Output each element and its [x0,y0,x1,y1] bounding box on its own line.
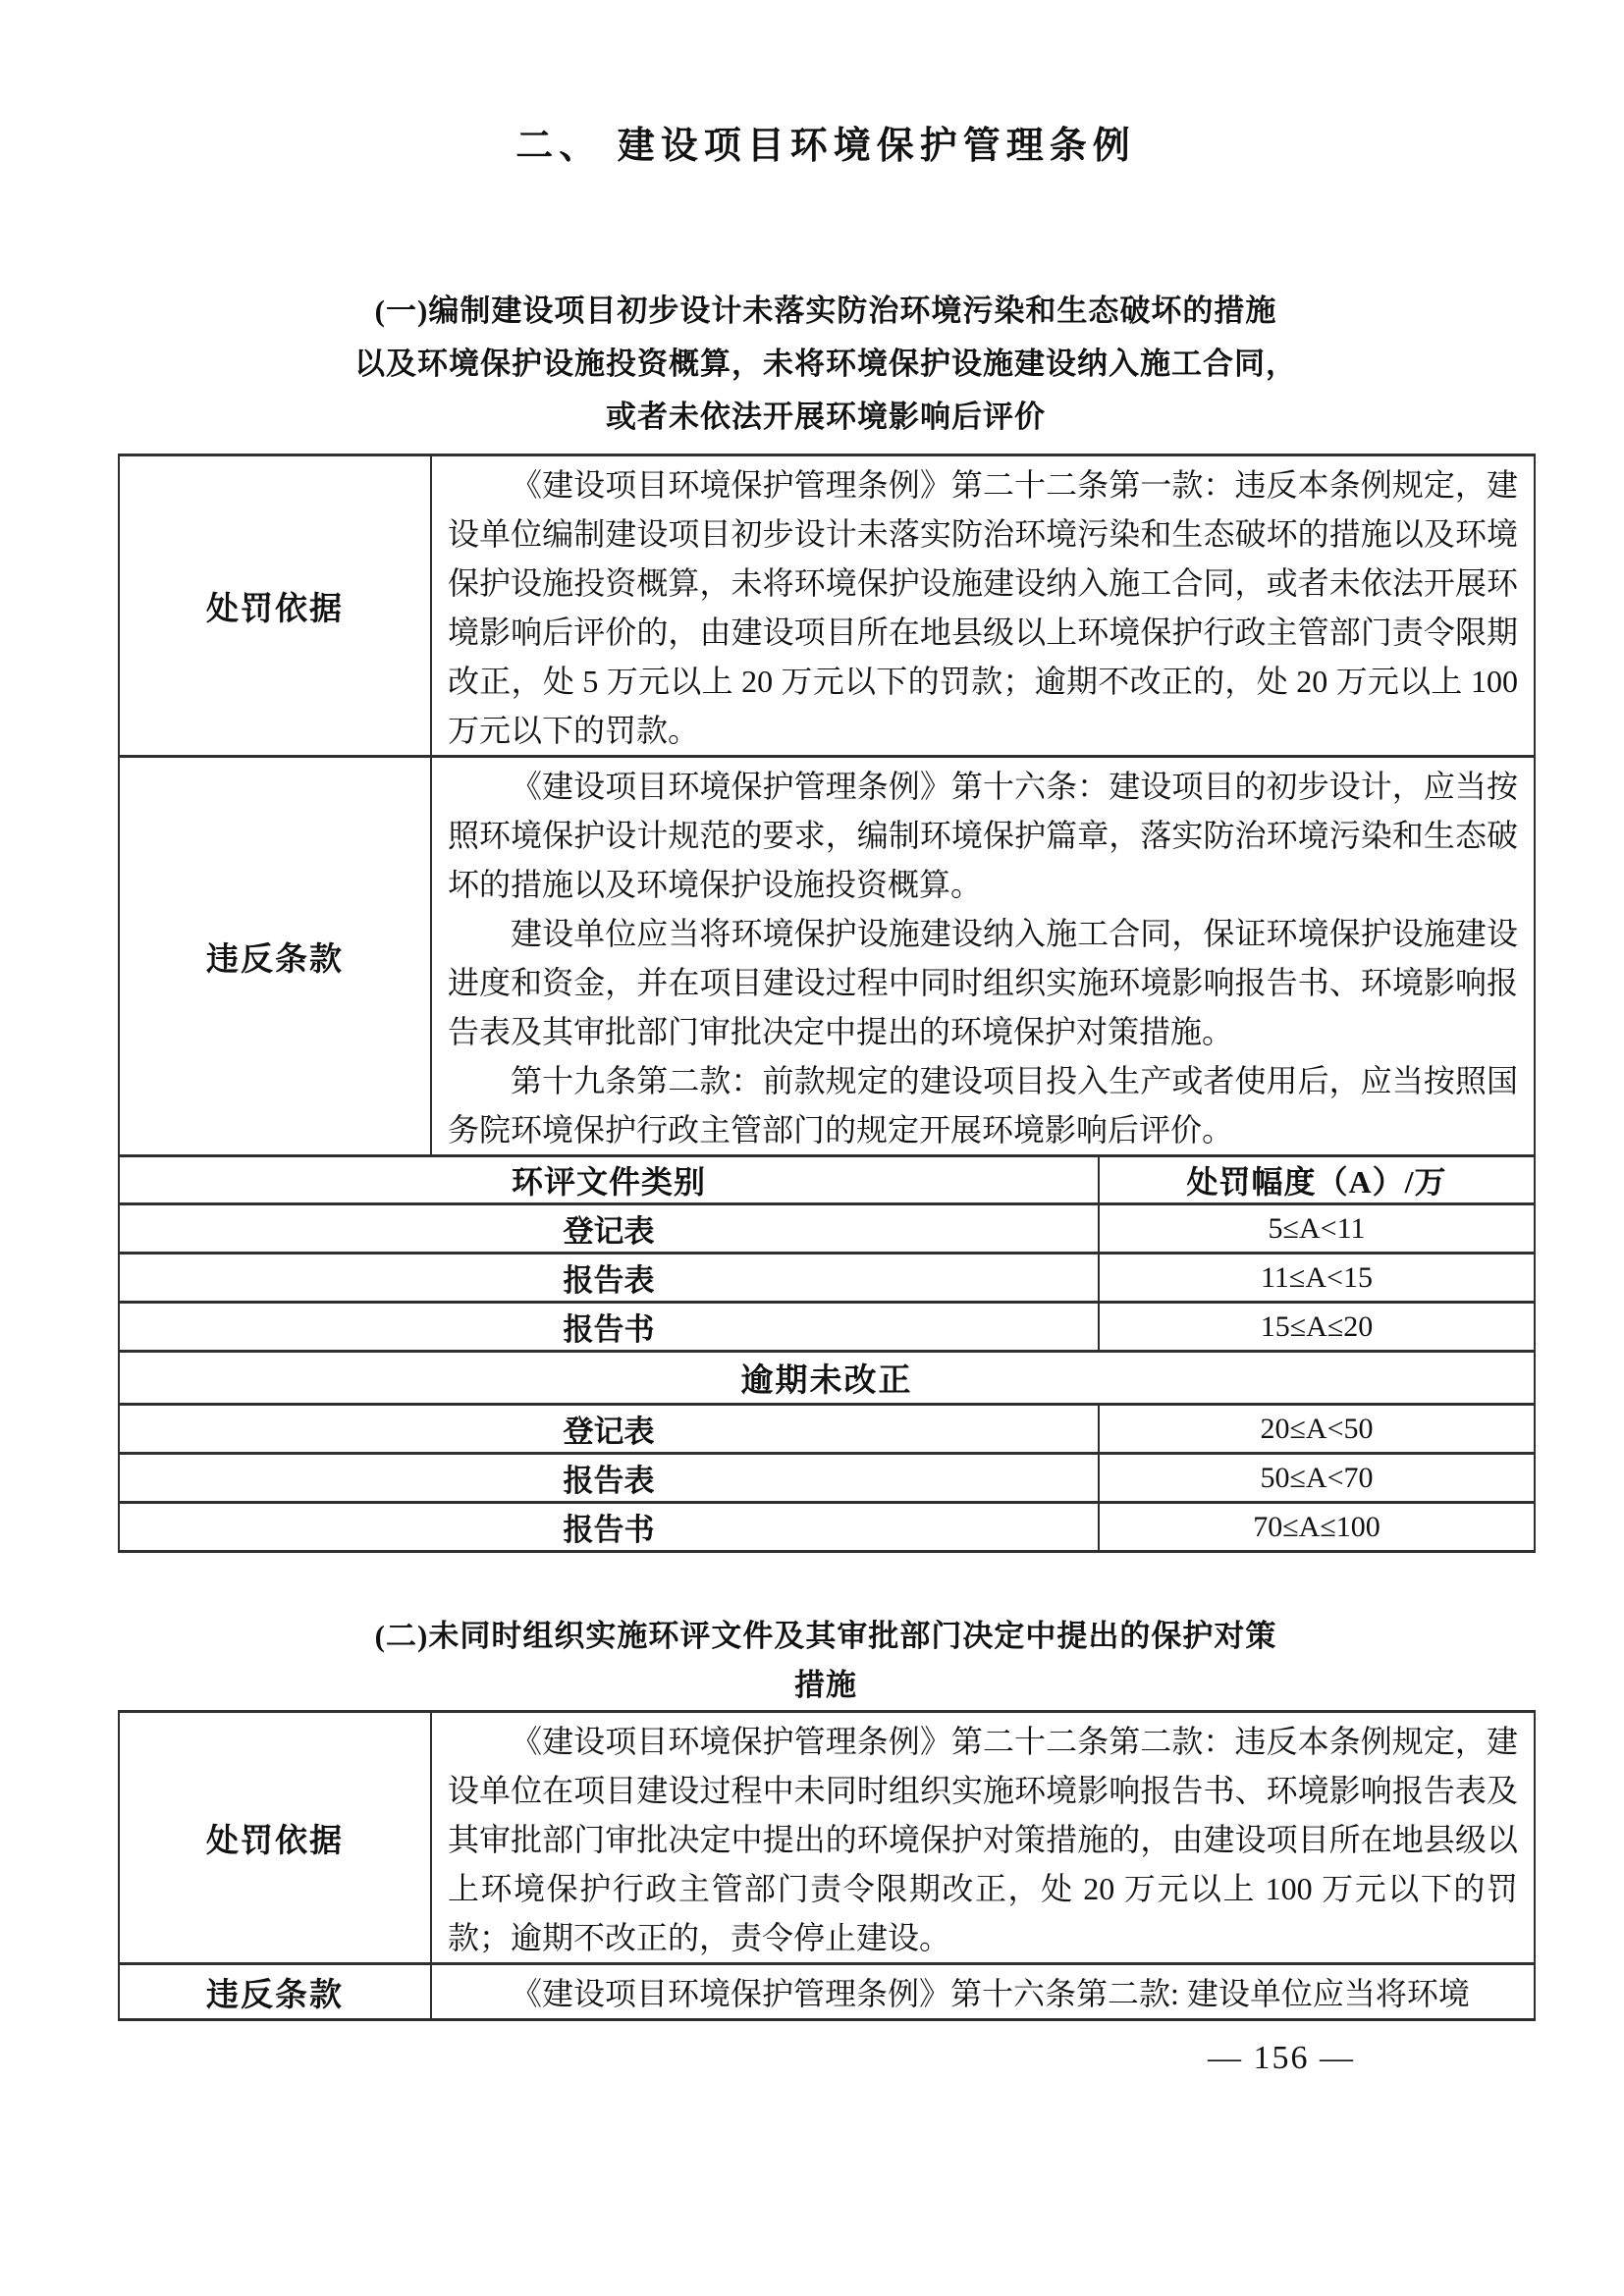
fee-row: 报告表 11≤A<15 [119,1254,1535,1303]
fee-row: 登记表 20≤A<50 [119,1405,1535,1454]
fee-row: 报告表 50≤A<70 [119,1454,1535,1503]
overdue-label: 逾期未改正 [119,1352,1535,1405]
section1-heading-line1: (一)编制建设项目初步设计未落实防治环境污染和生态破坏的措施 [118,285,1534,338]
page-number: — 156 — [1208,2040,1355,2077]
violation-paragraph-1: 《建设项目环境保护管理条例》第十六条第二款: 建设单位应当将环境 [448,1969,1518,2018]
fee-range: 70≤A≤100 [1099,1503,1535,1552]
section2-heading-line2: 措施 [118,1661,1534,1710]
section1-heading-line2: 以及环境保护设施投资概算，未将环境保护设施建设纳入施工合同， [118,338,1534,391]
basis-text-cell: 《建设项目环境保护管理条例》第二十二条第二款：违反本条例规定，建设单位在项目建设… [431,1712,1535,1964]
fee-range: 50≤A<70 [1099,1454,1535,1503]
fee-category: 报告表 [119,1254,1099,1303]
table-row-violation: 违反条款 《建设项目环境保护管理条例》第十六条第二款: 建设单位应当将环境 [119,1964,1535,2020]
row-label-basis: 处罚依据 [119,455,431,757]
row-label-basis: 处罚依据 [119,1712,431,1964]
violation-paragraph-1: 《建设项目环境保护管理条例》第十六条：建设项目的初步设计，应当按照环境保护设计规… [448,762,1518,909]
violation-paragraph-2: 建设单位应当将环境保护设施建设纳入施工合同，保证环境保护设施建设进度和资金，并在… [448,909,1518,1056]
overdue-row: 逾期未改正 [119,1352,1535,1405]
fee-row: 报告书 15≤A≤20 [119,1303,1535,1352]
table-row-basis: 处罚依据 《建设项目环境保护管理条例》第二十二条第二款：违反本条例规定，建设单位… [119,1712,1535,1964]
violation-paragraph-3: 第十九条第二款：前款规定的建设项目投入生产或者使用后，应当按照国务院环境保护行政… [448,1056,1518,1154]
fee-row: 报告书 70≤A≤100 [119,1503,1535,1552]
table-row-basis: 处罚依据 《建设项目环境保护管理条例》第二十二条第一款：违反本条例规定，建设单位… [119,455,1535,757]
fee-range: 20≤A<50 [1099,1405,1535,1454]
violation-text-cell: 《建设项目环境保护管理条例》第十六条第二款: 建设单位应当将环境 [431,1964,1535,2020]
basis-paragraph: 《建设项目环境保护管理条例》第二十二条第二款：违反本条例规定，建设单位在项目建设… [448,1717,1518,1962]
fee-header-row: 环评文件类别 处罚幅度（A）/万 [119,1156,1535,1204]
basis-text-cell: 《建设项目环境保护管理条例》第二十二条第一款：违反本条例规定，建设单位编制建设项… [431,455,1535,757]
basis-paragraph: 《建设项目环境保护管理条例》第二十二条第一款：违反本条例规定，建设单位编制建设项… [448,460,1518,755]
row-label-violation: 违反条款 [119,757,431,1156]
fee-category: 报告书 [119,1503,1099,1552]
section2-table: 处罚依据 《建设项目环境保护管理条例》第二十二条第二款：违反本条例规定，建设单位… [118,1710,1536,2021]
section1-table: 处罚依据 《建设项目环境保护管理条例》第二十二条第一款：违反本条例规定，建设单位… [118,454,1536,1553]
fee-range: 5≤A<11 [1099,1204,1535,1254]
page-content: 二、 建设项目环境保护管理条例 (一)编制建设项目初步设计未落实防治环境污染和生… [118,0,1534,2021]
table-row-violation: 违反条款 《建设项目环境保护管理条例》第十六条：建设项目的初步设计，应当按照环境… [119,757,1535,1156]
fee-header-range: 处罚幅度（A）/万 [1099,1156,1535,1204]
document-page: { "page": { "title": "二、 建设项目环境保护管理条例", … [0,0,1624,2296]
section2-heading-line1: (二)未同时组织实施环评文件及其审批部门决定中提出的保护对策 [118,1612,1534,1661]
document-title: 二、 建设项目环境保护管理条例 [118,0,1534,169]
fee-range: 15≤A≤20 [1099,1303,1535,1352]
fee-header-category: 环评文件类别 [119,1156,1099,1204]
fee-row: 登记表 5≤A<11 [119,1204,1535,1254]
row-label-violation: 违反条款 [119,1964,431,2020]
section1-heading-line3: 或者未依法开展环境影响后评价 [118,391,1534,444]
fee-category: 登记表 [119,1405,1099,1454]
fee-category: 报告表 [119,1454,1099,1503]
fee-range: 11≤A<15 [1099,1254,1535,1303]
section1-heading: (一)编制建设项目初步设计未落实防治环境污染和生态破坏的措施 以及环境保护设施投… [118,285,1534,444]
section2-heading: (二)未同时组织实施环评文件及其审批部门决定中提出的保护对策 措施 [118,1612,1534,1710]
fee-category: 登记表 [119,1204,1099,1254]
fee-category: 报告书 [119,1303,1099,1352]
violation-text-cell: 《建设项目环境保护管理条例》第十六条：建设项目的初步设计，应当按照环境保护设计规… [431,757,1535,1156]
